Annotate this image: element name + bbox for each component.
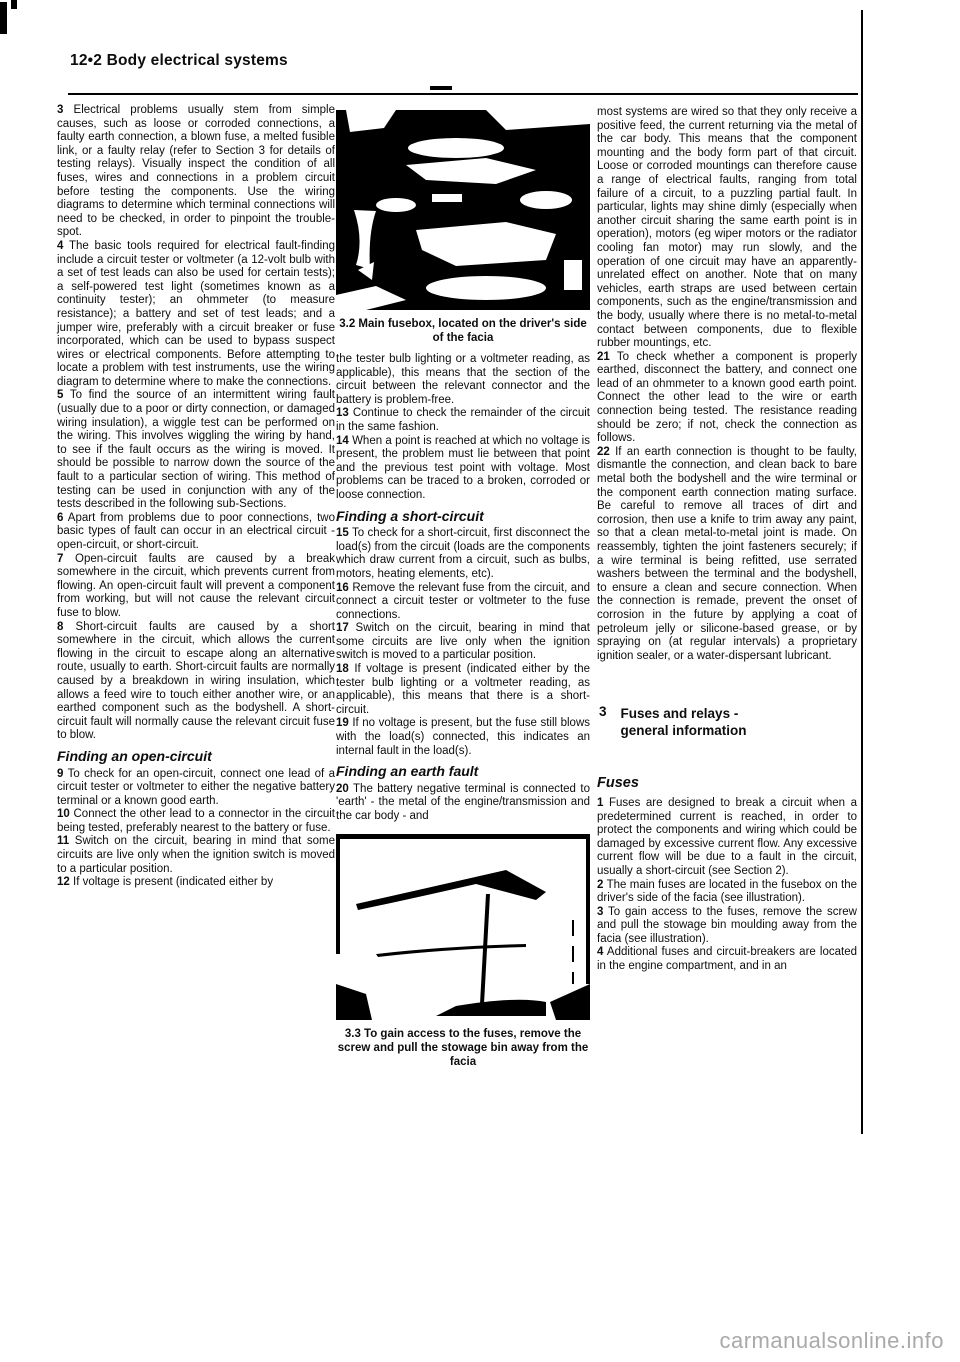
paragraph: the tester bulb lighting or a voltmeter …: [336, 353, 590, 407]
right-column: most systems are wired so that they only…: [597, 106, 857, 974]
header-rule: [68, 93, 858, 95]
paragraph-number: 16: [336, 582, 349, 594]
section-title: Fuses and relays - general information: [621, 705, 747, 739]
paragraph-number: 5: [57, 389, 63, 401]
paragraph: 14 When a point is reached at which no v…: [336, 435, 590, 503]
paragraph: 4 The basic tools required for electrica…: [57, 240, 335, 390]
paragraph-number: 10: [57, 808, 70, 820]
paragraph: 16 Remove the relevant fuse from the cir…: [336, 582, 590, 623]
paragraph-number: 13: [336, 407, 349, 419]
paragraph: 3 To gain access to the fuses, remove th…: [597, 906, 857, 947]
paragraph: 13 Continue to check the remainder of th…: [336, 407, 590, 434]
watermark-text: carmanualsonline.info: [719, 1328, 944, 1354]
paragraph-number: 4: [597, 946, 603, 958]
subheading-finding-earth-fault: Finding an earth fault: [336, 765, 590, 779]
paragraph-number: 22: [597, 446, 610, 458]
paragraph: 9 To check for an open-circuit, connect …: [57, 768, 335, 809]
paragraph-number: 3: [57, 104, 63, 116]
photo-fusebox: [336, 110, 590, 310]
paragraph: 1 Fuses are designed to break a circuit …: [597, 797, 857, 879]
paragraph-number: 11: [57, 835, 69, 847]
manual-page: 12•2 Body electrical systems 3 Electrica…: [0, 0, 960, 1362]
paragraph: 19 If no voltage is present, but the fus…: [336, 717, 590, 758]
paragraph: 11 Switch on the circuit, bearing in min…: [57, 835, 335, 876]
paragraph: 15 To check for a short-circuit, first d…: [336, 527, 590, 581]
caption-3-2: 3.2 Main fusebox, located on the driver'…: [336, 317, 590, 345]
subheading-finding-open-circuit: Finding an open-circuit: [57, 750, 335, 764]
paragraph-number: 9: [57, 768, 63, 780]
paragraph: 12 If voltage is present (indicated eith…: [57, 876, 335, 890]
paragraph: 7 Open-circuit faults are caused by a br…: [57, 553, 335, 621]
paragraph-number: 12: [57, 876, 70, 888]
paragraph-number: 19: [336, 717, 349, 729]
paragraph: most systems are wired so that they only…: [597, 106, 857, 351]
paragraph-number: 3: [597, 906, 603, 918]
paragraph: 2 The main fuses are located in the fuse…: [597, 879, 857, 906]
paragraph-number: 14: [336, 435, 349, 447]
paragraph-number: 4: [57, 240, 63, 252]
paragraph-number: 17: [336, 622, 349, 634]
page-edge-rule: [861, 10, 863, 1134]
section-heading-fuses-and-relays: 3 Fuses and relays - general information: [599, 705, 857, 739]
paragraph: 22 If an earth connection is thought to …: [597, 446, 857, 664]
section-number: 3: [599, 705, 607, 739]
paragraph: 21 To check whether a component is prope…: [597, 351, 857, 446]
paragraph: 8 Short-circuit faults are caused by a s…: [57, 621, 335, 743]
paragraph: 10 Connect the other lead to a connector…: [57, 808, 335, 835]
photo-stowage-bin: [336, 834, 590, 1020]
caption-3-3: 3.3 To gain access to the fuses, remove …: [336, 1027, 590, 1069]
paragraph-number: 18: [336, 663, 349, 675]
paragraph: 20 The battery negative terminal is conn…: [336, 783, 590, 824]
paragraph: 3 Electrical problems usually stem from …: [57, 104, 335, 240]
paragraph: 5 To find the source of an intermittent …: [57, 389, 335, 511]
paragraph: 6 Apart from problems due to poor connec…: [57, 512, 335, 553]
paragraph-number: 1: [597, 797, 603, 809]
paragraph-number: 20: [336, 783, 349, 795]
paragraph-number: 2: [597, 879, 603, 891]
paragraph: 17 Switch on the circuit, bearing in min…: [336, 622, 590, 663]
paragraph: 18 If voltage is present (indicated eith…: [336, 663, 590, 717]
paragraph: 4 Additional fuses and circuit-breakers …: [597, 946, 857, 973]
paragraph-number: 8: [57, 621, 63, 633]
scan-artifact: [11, 0, 17, 9]
fusebox-photo-image: [336, 110, 590, 310]
subheading-fuses: Fuses: [597, 777, 857, 791]
scan-artifact: [430, 86, 452, 90]
middle-column: 3.2 Main fusebox, located on the driver'…: [336, 110, 590, 1069]
stowage-bin-photo-image: [336, 834, 590, 1020]
scan-artifact: [0, 2, 7, 34]
page-header: 12•2 Body electrical systems: [70, 52, 288, 70]
paragraph-number: 7: [57, 553, 63, 565]
paragraph-number: 21: [597, 351, 610, 363]
paragraph-number: 6: [57, 512, 63, 524]
left-column: 3 Electrical problems usually stem from …: [57, 104, 335, 890]
paragraph-number: 15: [336, 527, 349, 539]
subheading-finding-short-circuit: Finding a short-circuit: [336, 510, 590, 524]
